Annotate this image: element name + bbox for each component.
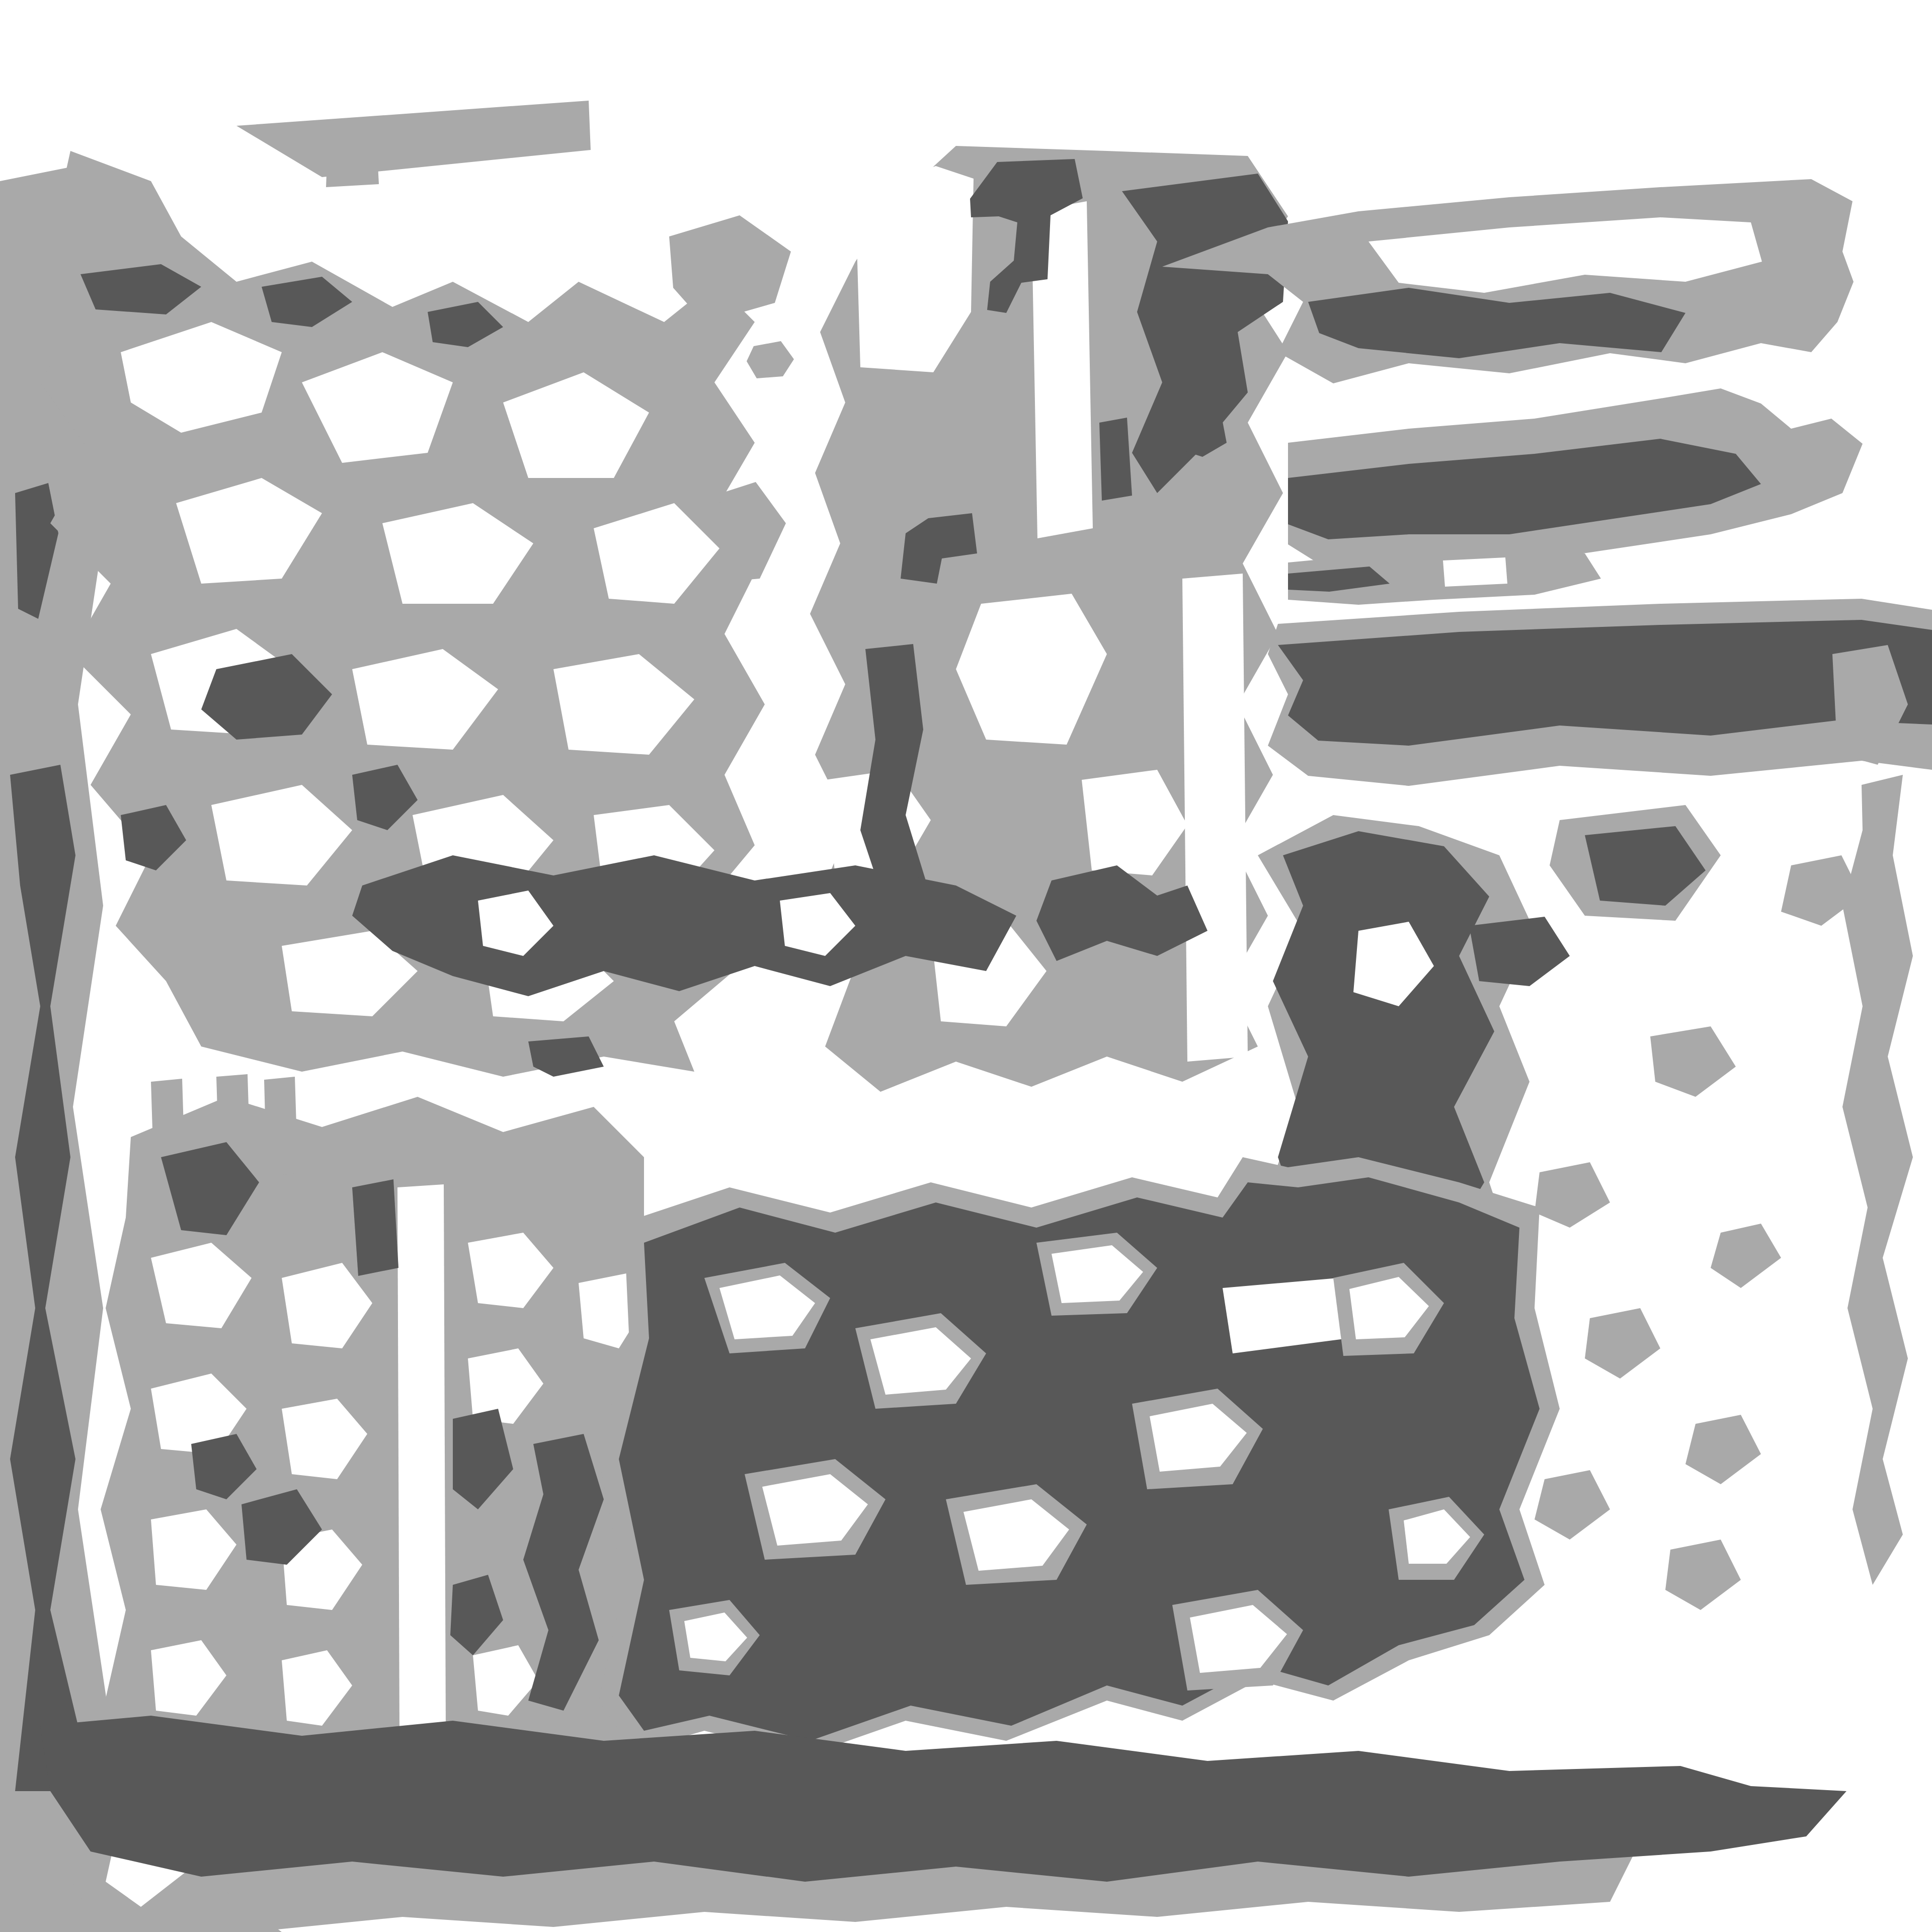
dark-pill	[1099, 418, 1132, 501]
top-bar-small	[326, 155, 379, 187]
posterized-artwork	[0, 0, 1932, 1932]
artwork-svg	[0, 0, 1932, 1932]
tall-white-street	[1182, 574, 1248, 1062]
stripe3-hole	[1443, 557, 1507, 587]
bl-dark-2	[352, 1179, 398, 1276]
bl-white-strip	[397, 1184, 446, 1734]
bl-col-3	[264, 1077, 298, 1176]
